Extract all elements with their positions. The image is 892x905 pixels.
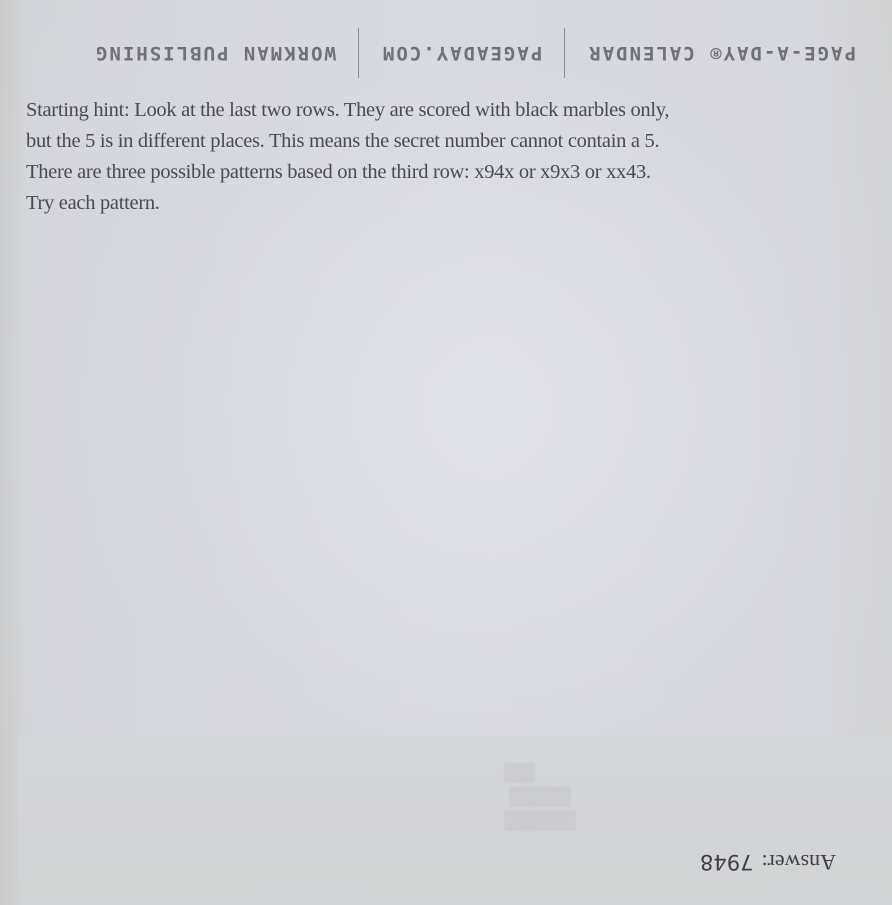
answer: Answer: 7948 [700,846,865,878]
hint-line: Try each pattern. [26,188,846,219]
header-website: PAGEADAY.COM [359,42,564,64]
hint-line: but the 5 is in different places. This m… [26,126,846,157]
header-publisher: WORKMAN PUBLISHING [72,42,358,64]
hint-line: There are three possible patterns based … [26,157,846,188]
hint-paragraph: Starting hint: Look at the last two rows… [26,95,846,219]
hint-line: Starting hint: Look at the last two rows… [26,95,846,126]
show-through-print: ▒▒▒▒▒▒▒▒▒▒▒▒▒ ▒▒▒ [460,760,620,832]
publisher-header: PAGE-A-DAY® CALENDAR PAGEADAY.COM WORKMA… [18,22,868,84]
lower-panel [18,736,892,905]
answer-label: Answer: [761,849,836,875]
header-divider [564,28,565,78]
header-divider [358,28,359,78]
calendar-page: PAGE-A-DAY® CALENDAR PAGEADAY.COM WORKMA… [0,0,892,905]
header-calendar: PAGE-A-DAY® CALENDAR [565,42,868,64]
answer-value: 7948 [700,850,753,874]
